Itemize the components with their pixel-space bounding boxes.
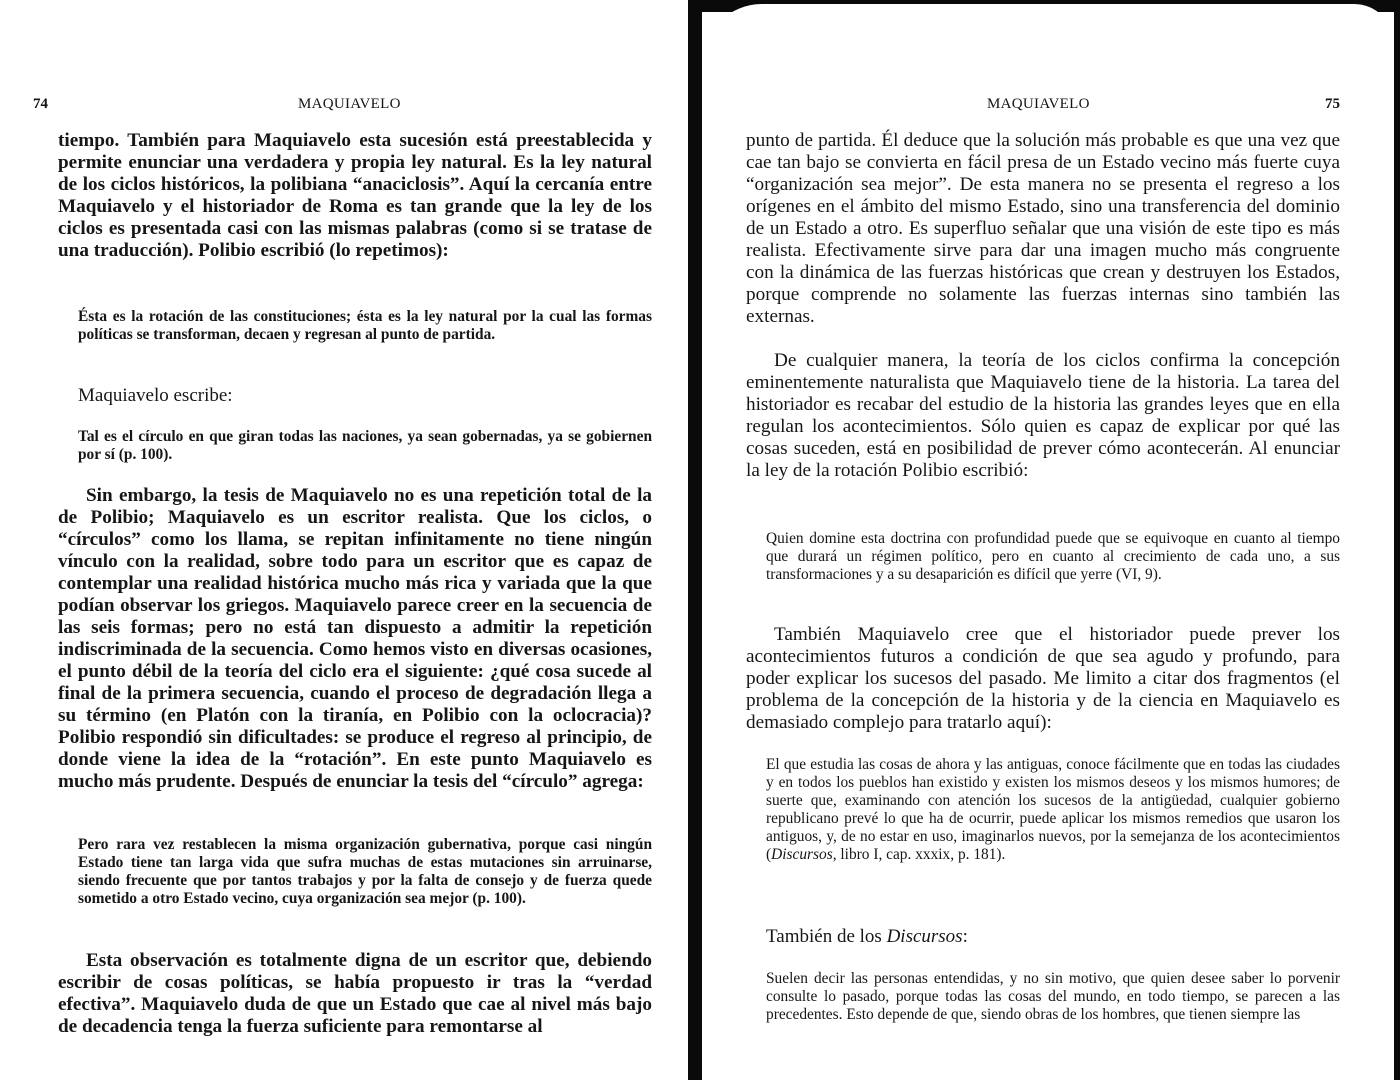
- block-quote-3: Pero rara vez restablecen la misma organ…: [78, 836, 652, 908]
- paragraph-text: Sin embargo, la tesis de Maquiavelo no e…: [58, 485, 652, 793]
- italic-title: Discursos: [887, 926, 963, 947]
- paragraph-1: punto de partida. Él deduce que la soluc…: [746, 130, 1340, 328]
- page-number-right: 75: [1325, 95, 1340, 113]
- paragraph-text: tiempo. También para Maquiavelo esta suc…: [58, 130, 652, 262]
- left-page: 74 MAQUIAVELO tiempo. También para Maqui…: [0, 0, 688, 1080]
- block-quote-2: Tal es el círculo en que giran todas las…: [78, 428, 652, 464]
- block-quote-2: El que estudia las cosas de ahora y las …: [766, 756, 1340, 864]
- paragraph-1: tiempo. También para Maquiavelo esta suc…: [58, 130, 652, 262]
- paragraph-text: punto de partida. Él deduce que la soluc…: [746, 130, 1340, 328]
- lead-body: También de los: [766, 926, 887, 947]
- paragraph-3: Esta observación es totalmente digna de …: [58, 950, 652, 1038]
- quote-text: El que estudia las cosas de ahora y las …: [766, 756, 1340, 864]
- paragraph-text: También Maquiavelo cree que el historiad…: [746, 624, 1340, 734]
- quote-text: Ésta es la rotación de las constitucione…: [78, 308, 652, 344]
- lead-colon: :: [963, 926, 968, 947]
- quote-text: Pero rara vez restablecen la misma organ…: [78, 836, 652, 908]
- right-page: MAQUIAVELO 75 punto de partida. Él deduc…: [702, 4, 1394, 1080]
- paragraph-3: También Maquiavelo cree que el historiad…: [746, 624, 1340, 734]
- quote-text: Tal es el círculo en que giran todas las…: [78, 428, 652, 464]
- paragraph-2: Sin embargo, la tesis de Maquiavelo no e…: [58, 485, 652, 793]
- paragraph-text: Esta observación es totalmente digna de …: [58, 950, 652, 1038]
- quote-text: Suelen decir las personas entendidas, y …: [766, 970, 1340, 1024]
- book-spine: [688, 0, 702, 1080]
- lead-text: Maquiavelo escribe:: [78, 385, 652, 407]
- lead-text: También de los Discursos:: [766, 926, 1340, 948]
- page-number-left: 74: [33, 95, 48, 113]
- lead-in-1: Maquiavelo escribe:: [78, 385, 652, 407]
- block-quote-3: Suelen decir las personas entendidas, y …: [766, 970, 1340, 1024]
- right-page-edge: [1394, 0, 1400, 1080]
- lead-in-2: También de los Discursos:: [766, 926, 1340, 948]
- quote-text: Quien domine esta doctrina con profundid…: [766, 530, 1340, 584]
- paragraph-text: De cualquier manera, la teoría de los ci…: [746, 350, 1340, 482]
- paragraph-2: De cualquier manera, la teoría de los ci…: [746, 350, 1340, 482]
- block-quote-1: Quien domine esta doctrina con profundid…: [766, 530, 1340, 584]
- running-head-left: MAQUIAVELO: [298, 95, 401, 113]
- quote-citation: libro I, cap. xxxix, p. 181).: [837, 846, 1006, 863]
- running-head-right: MAQUIAVELO: [987, 95, 1090, 113]
- block-quote-1: Ésta es la rotación de las constitucione…: [78, 308, 652, 344]
- italic-title: Discursos,: [771, 846, 836, 863]
